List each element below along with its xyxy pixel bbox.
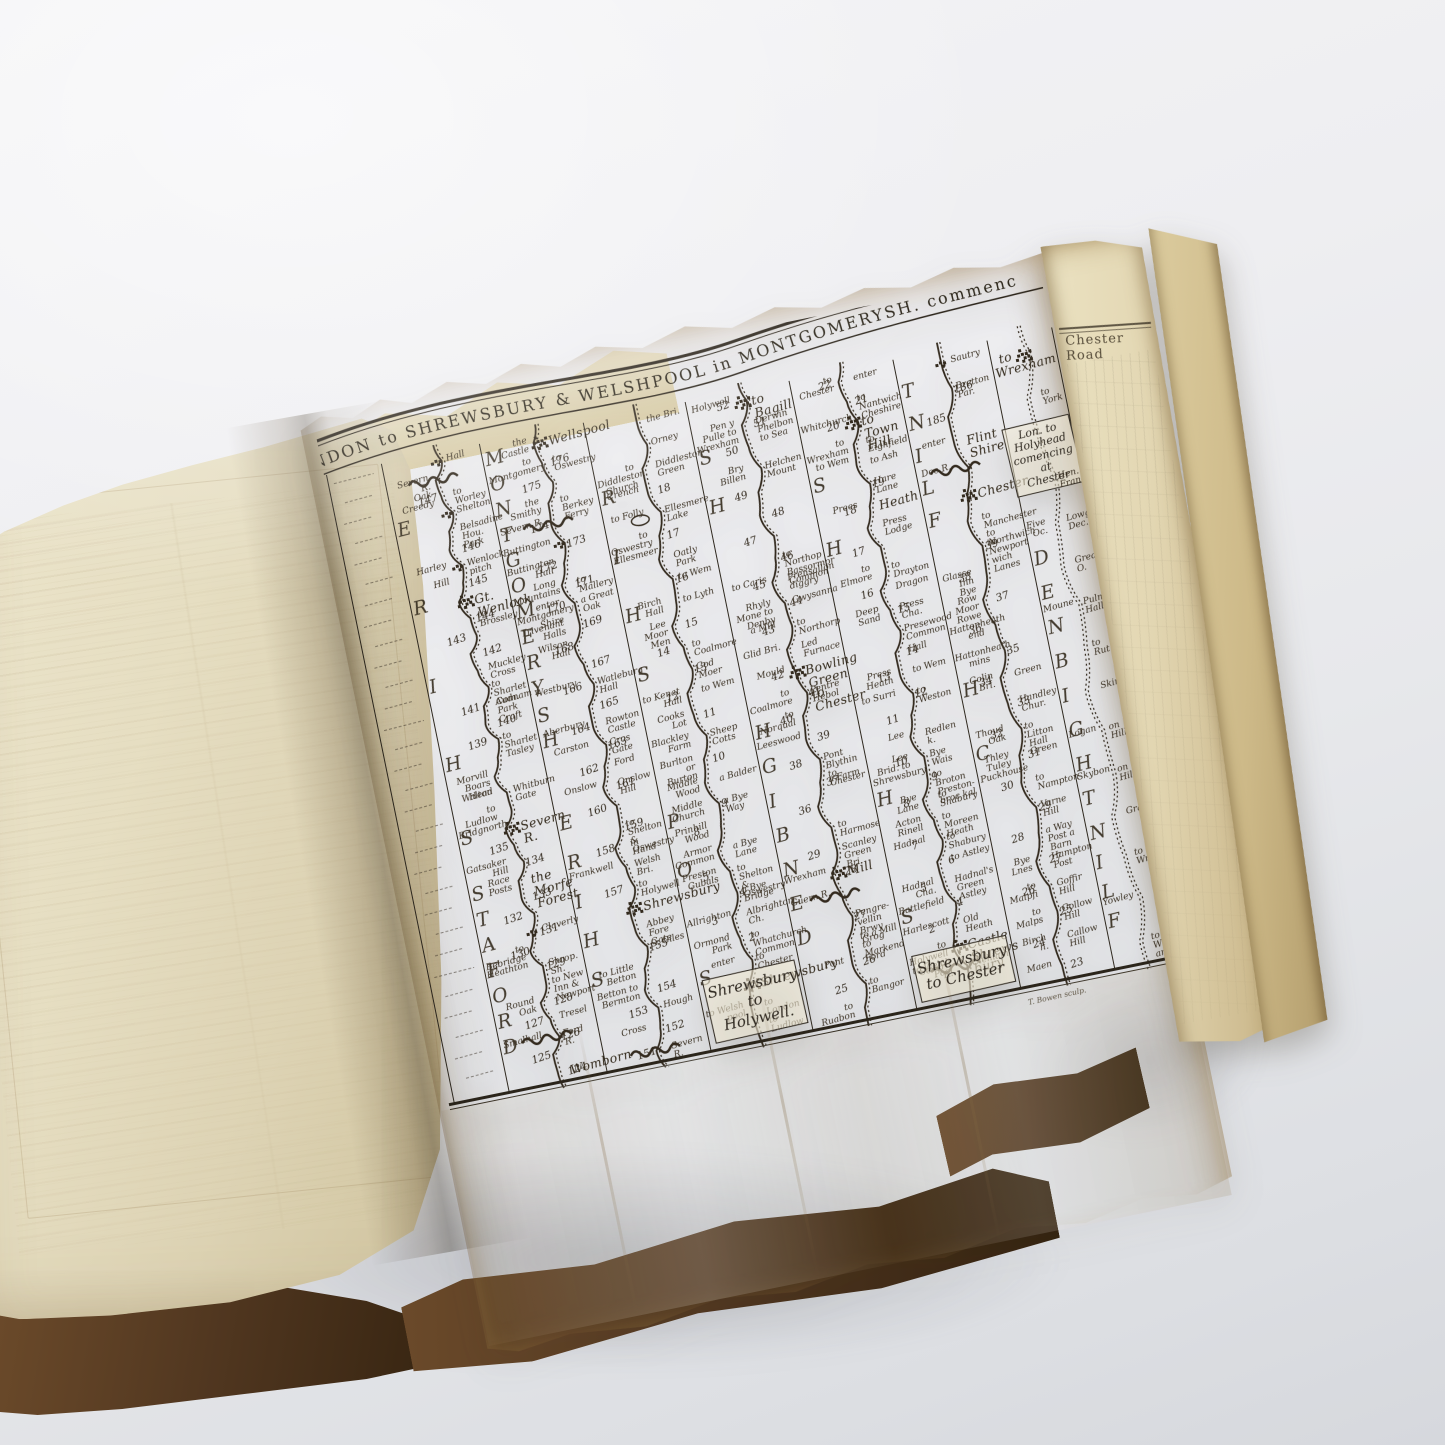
photo-scene: LONDON to SHREWSBURY & WELSHPOOL in MONT… [0,0,1445,1445]
fold-panel-rule [1059,322,1151,330]
engraved-plate: LONDON to SHREWSBURY & WELSHPOOL in MONT… [314,277,1181,1111]
